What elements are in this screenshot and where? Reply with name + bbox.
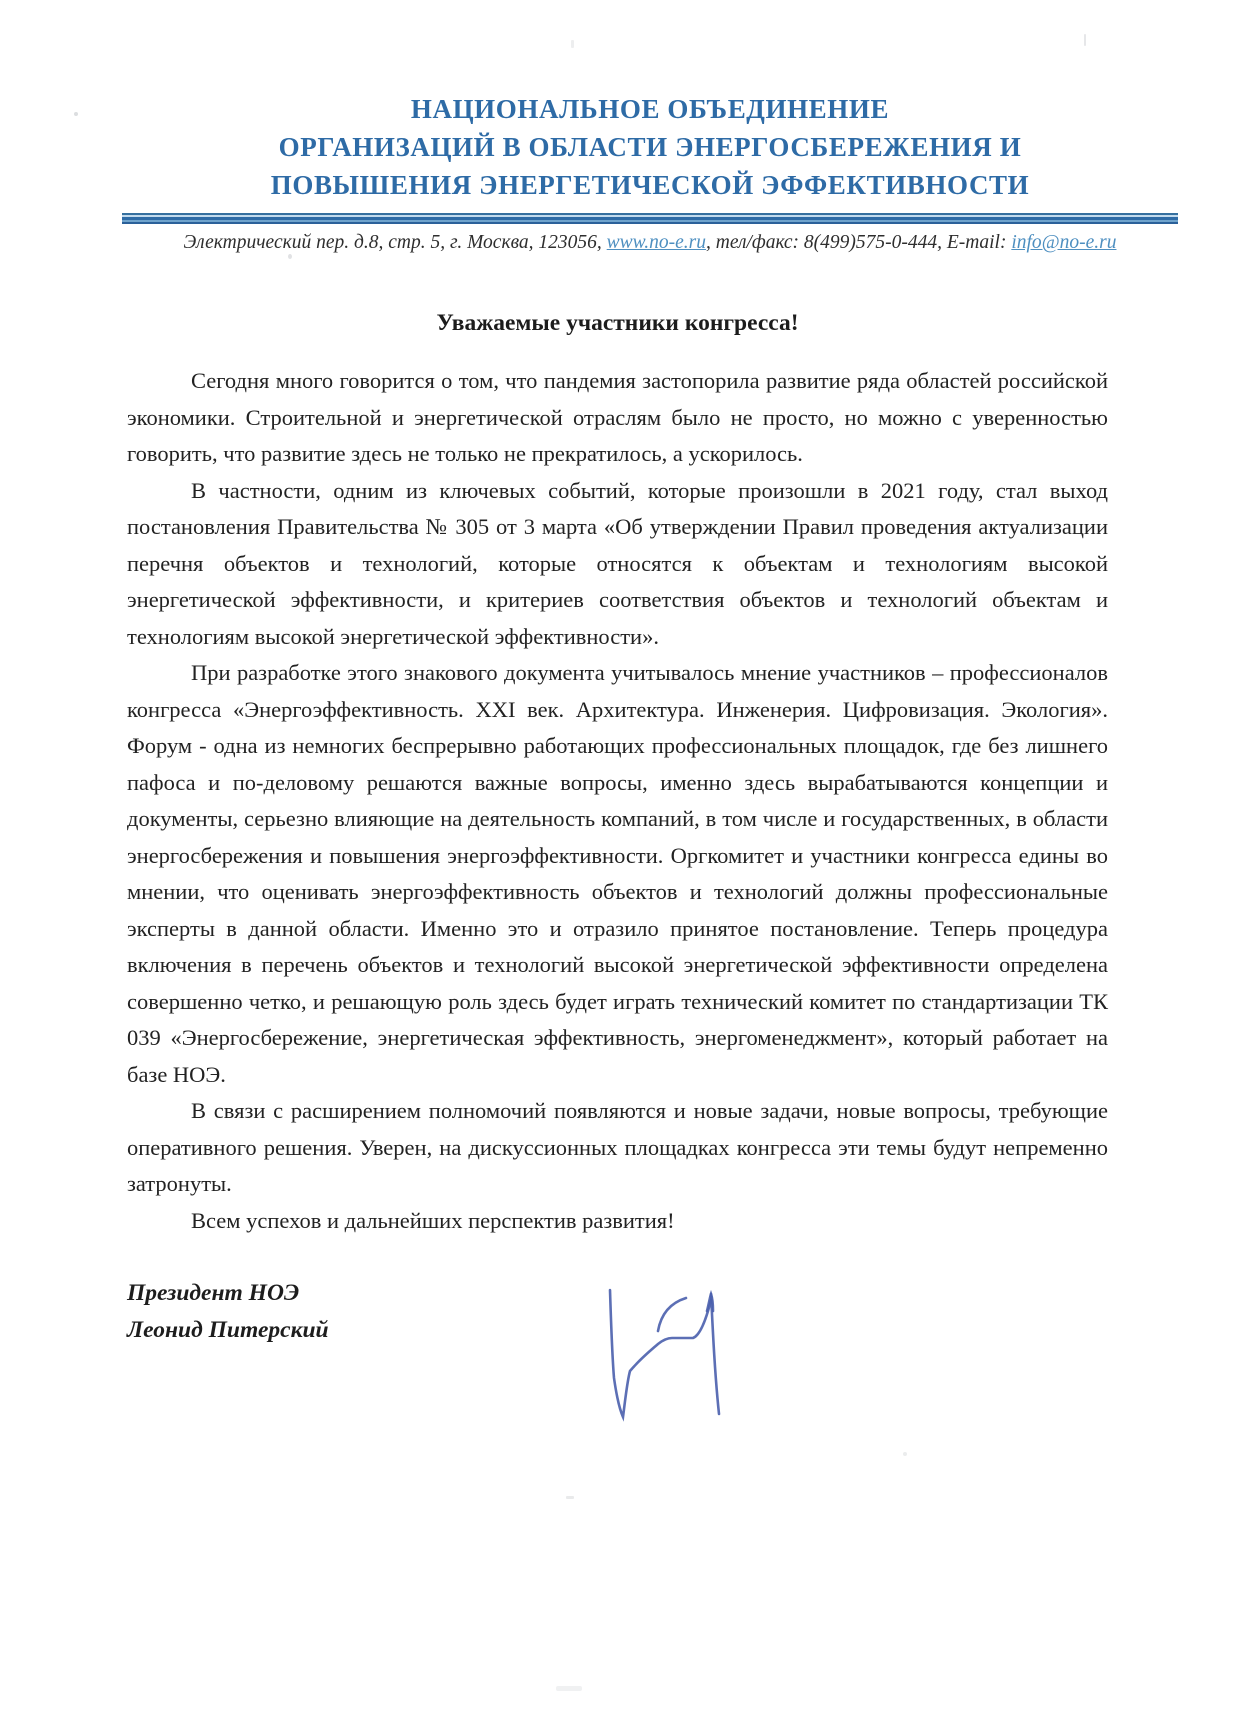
website-link[interactable]: www.no-e.ru bbox=[607, 232, 706, 253]
org-name: НАЦИОНАЛЬНОЕ ОБЪЕДИНЕНИЕ ОРГАНИЗАЦИЙ В О… bbox=[122, 90, 1178, 204]
scan-speck bbox=[571, 40, 574, 48]
org-name-line-3: ПОВЫШЕНИЯ ЭНЕРГЕТИЧЕСКОЙ ЭФФЕКТИВНОСТИ bbox=[122, 166, 1178, 204]
scan-speck bbox=[566, 1496, 574, 1499]
email-link[interactable]: info@no-e.ru bbox=[1011, 232, 1116, 253]
scan-speck bbox=[1084, 34, 1086, 46]
contact-phone: , тел/факс: 8(499)575-0-444, E-mail: bbox=[706, 232, 1011, 253]
paragraph-3: При разработке этого знакового документа… bbox=[127, 655, 1108, 1093]
salutation: Уважаемые участники конгресса! bbox=[127, 310, 1108, 337]
handwritten-signature bbox=[598, 1280, 733, 1428]
contact-address: Электрический пер. д.8, стр. 5, г. Москв… bbox=[184, 232, 607, 253]
paragraph-5: Всем успехов и дальнейших перспектив раз… bbox=[127, 1203, 1108, 1240]
org-name-line-2: ОРГАНИЗАЦИЙ В ОБЛАСТИ ЭНЕРГОСБЕРЕЖЕНИЯ И bbox=[122, 128, 1178, 166]
org-name-line-1: НАЦИОНАЛЬНОЕ ОБЪЕДИНЕНИЕ bbox=[122, 90, 1178, 128]
scan-speck bbox=[903, 1452, 907, 1456]
letter-body: Уважаемые участники конгресса! Сегодня м… bbox=[127, 310, 1108, 1349]
paragraph-4: В связи с расширением полномочий появляю… bbox=[127, 1093, 1108, 1203]
scan-speck bbox=[556, 1686, 582, 1691]
contact-line: Электрический пер. д.8, стр. 5, г. Москв… bbox=[122, 230, 1178, 256]
letterhead: НАЦИОНАЛЬНОЕ ОБЪЕДИНЕНИЕ ОРГАНИЗАЦИЙ В О… bbox=[0, 0, 1236, 256]
scanned-letter-page: НАЦИОНАЛЬНОЕ ОБЪЕДИНЕНИЕ ОРГАНИЗАЦИЙ В О… bbox=[0, 0, 1236, 1718]
letterhead-divider-rule bbox=[122, 213, 1178, 226]
scan-speck bbox=[74, 112, 78, 116]
paragraph-2: В частности, одним из ключевых событий, … bbox=[127, 473, 1108, 656]
scan-speck bbox=[288, 254, 292, 259]
paragraph-1: Сегодня много говорится о том, что панде… bbox=[127, 363, 1108, 473]
